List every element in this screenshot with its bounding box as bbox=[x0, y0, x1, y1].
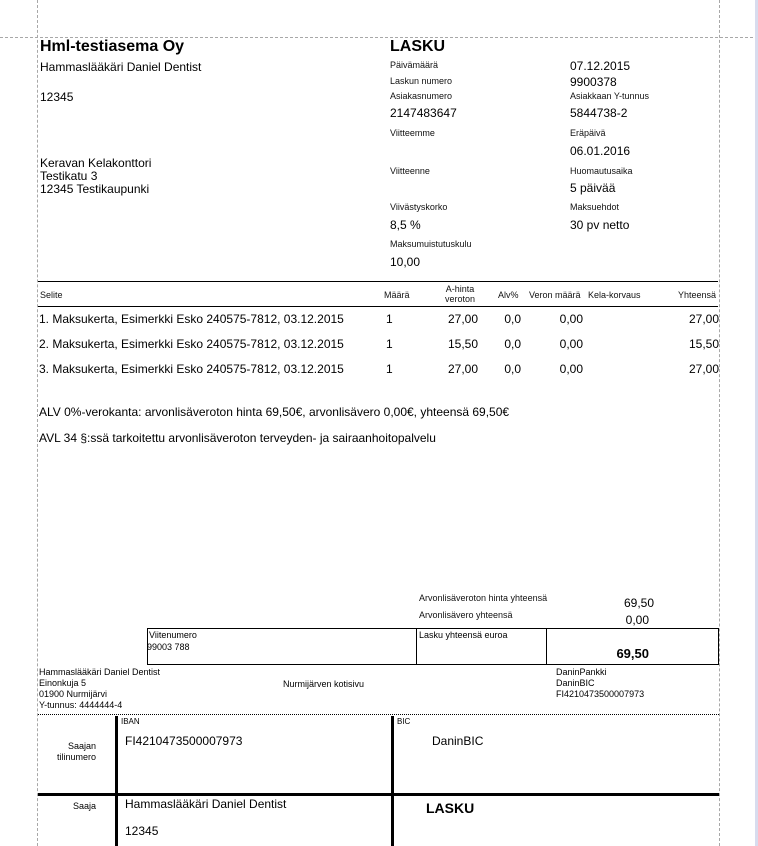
cell-quantity: 1 bbox=[386, 337, 393, 351]
notice-period-value: 5 päivää bbox=[570, 181, 615, 195]
giro-payee-label: Saaja bbox=[40, 801, 96, 811]
notice-period-label: Huomautusaika bbox=[570, 166, 633, 176]
footer-ytunnus: Y-tunnus: 4444444-4 bbox=[39, 700, 122, 710]
vat-total-value: 0,00 bbox=[560, 613, 649, 627]
cell-description: 3. Maksukerta, Esimerkki Esko 240575-781… bbox=[39, 362, 344, 376]
footer-homepage-link[interactable]: Nurmijärven kotisivu bbox=[283, 679, 364, 689]
cell-description: 1. Maksukerta, Esimerkki Esko 240575-781… bbox=[39, 312, 344, 326]
cell-quantity: 1 bbox=[386, 362, 393, 376]
customer-number-value: 2147483647 bbox=[390, 106, 457, 120]
margin-guide-left bbox=[37, 0, 38, 846]
grand-total-label: Lasku yhteensä euroa bbox=[419, 630, 508, 640]
cell-quantity: 1 bbox=[386, 312, 393, 326]
col-header-total: Yhteensä bbox=[660, 290, 716, 300]
reference-number-value: 99003 788 bbox=[147, 642, 190, 652]
due-date-label: Eräpäivä bbox=[570, 128, 606, 138]
invoice-number-value: 9900378 bbox=[570, 75, 617, 89]
giro-account-label-line2: tilinumero bbox=[40, 752, 96, 762]
cell-description: 2. Maksukerta, Esimerkki Esko 240575-781… bbox=[39, 337, 344, 351]
net-total-value: 69,50 bbox=[560, 596, 654, 610]
giro-divider-left bbox=[115, 716, 118, 846]
sender-code: 12345 bbox=[40, 90, 73, 104]
footer-sender-name: Hammaslääkäri Daniel Dentist bbox=[39, 667, 160, 677]
customer-number-label: Asiakasnumero bbox=[390, 91, 452, 101]
cell-vat-amount: 0,00 bbox=[540, 337, 583, 351]
our-reference-label: Viitteemme bbox=[390, 128, 435, 138]
date-label: Päivämäärä bbox=[390, 60, 438, 70]
vat-summary-note: ALV 0%-verokanta: arvonlisäveroton hinta… bbox=[39, 405, 509, 419]
footer-iban: FI4210473500007973 bbox=[556, 689, 644, 699]
cell-vat-amount: 0,00 bbox=[540, 312, 583, 326]
invoice-number-label: Laskun numero bbox=[390, 76, 452, 86]
col-header-description: Selite bbox=[40, 290, 63, 300]
cell-vat-amount: 0,00 bbox=[540, 362, 583, 376]
cell-total: 15,50 bbox=[660, 337, 719, 351]
col-header-vat-amount: Veron määrä bbox=[529, 290, 581, 300]
cell-vat-percent: 0,0 bbox=[490, 312, 521, 326]
reference-number-label: Viitenumero bbox=[149, 630, 197, 640]
cell-vat-percent: 0,0 bbox=[490, 337, 521, 351]
cell-unit-price: 15,50 bbox=[430, 337, 478, 351]
footer-bank: DaninPankki bbox=[556, 667, 607, 677]
col-header-kela: Kela-korvaus bbox=[588, 290, 641, 300]
terms-value: 30 pv netto bbox=[570, 218, 629, 232]
vat-law-note: AVL 34 §:ssä tarkoitettu arvonlisäveroto… bbox=[39, 431, 436, 445]
grand-total-value: 69,50 bbox=[560, 646, 649, 661]
cell-vat-percent: 0,0 bbox=[490, 362, 521, 376]
cell-unit-price: 27,00 bbox=[430, 312, 478, 326]
cell-total: 27,00 bbox=[660, 362, 719, 376]
col-header-unit-price: A-hinta veroton bbox=[440, 284, 480, 304]
company-name: Hml-testiasema Oy bbox=[40, 38, 184, 56]
payment-summary-divider-2 bbox=[546, 628, 547, 665]
giro-divider-horizontal bbox=[38, 793, 719, 796]
giro-document-title: LASKU bbox=[426, 800, 474, 816]
footer-street: Einonkuja 5 bbox=[39, 678, 86, 688]
customer-ytunnus-label: Asiakkaan Y-tunnus bbox=[570, 91, 649, 101]
col-header-quantity: Määrä bbox=[384, 290, 410, 300]
giro-iban-value: FI4210473500007973 bbox=[125, 734, 242, 748]
giro-iban-label: IBAN bbox=[121, 717, 140, 726]
giro-bic-value: DaninBIC bbox=[432, 734, 483, 748]
margin-guide-right bbox=[719, 0, 720, 846]
document-title: LASKU bbox=[390, 38, 445, 56]
reminder-fee-label: Maksumuistutuskulu bbox=[390, 239, 472, 249]
cell-total: 27,00 bbox=[660, 312, 719, 326]
date-value: 07.12.2015 bbox=[570, 59, 630, 73]
payment-summary-divider bbox=[416, 628, 417, 665]
col-header-unit-price-line2: veroton bbox=[445, 294, 475, 304]
giro-divider-mid bbox=[391, 716, 394, 846]
customer-ytunnus-value: 5844738-2 bbox=[570, 106, 627, 120]
col-header-unit-price-line1: A-hinta bbox=[446, 284, 475, 294]
footer-city: 01900 Nurmijärvi bbox=[39, 689, 107, 699]
due-date-value: 06.01.2016 bbox=[570, 144, 630, 158]
table-header-rule bbox=[38, 306, 718, 307]
net-total-label: Arvonlisäveroton hinta yhteensä bbox=[419, 593, 547, 603]
table-top-rule bbox=[38, 281, 718, 282]
sender-name: Hammaslääkäri Daniel Dentist bbox=[40, 60, 201, 74]
giro-bic-label: BIC bbox=[397, 717, 410, 726]
giro-account-label-line1: Saajan bbox=[40, 741, 96, 751]
your-reference-label: Viitteenne bbox=[390, 166, 430, 176]
terms-label: Maksuehdot bbox=[570, 202, 619, 212]
giro-payee-code: 12345 bbox=[125, 824, 158, 838]
cut-line bbox=[38, 714, 719, 715]
interest-value: 8,5 % bbox=[390, 218, 421, 232]
cell-unit-price: 27,00 bbox=[430, 362, 478, 376]
interest-label: Viivästyskorko bbox=[390, 202, 447, 212]
reminder-fee-value: 10,00 bbox=[390, 255, 420, 269]
vat-total-label: Arvonlisävero yhteensä bbox=[419, 610, 513, 620]
col-header-vat-percent: Alv% bbox=[498, 290, 519, 300]
recipient-city: 12345 Testikaupunki bbox=[40, 183, 149, 196]
footer-bic: DaninBIC bbox=[556, 678, 595, 688]
giro-payee-name: Hammaslääkäri Daniel Dentist bbox=[125, 797, 286, 811]
